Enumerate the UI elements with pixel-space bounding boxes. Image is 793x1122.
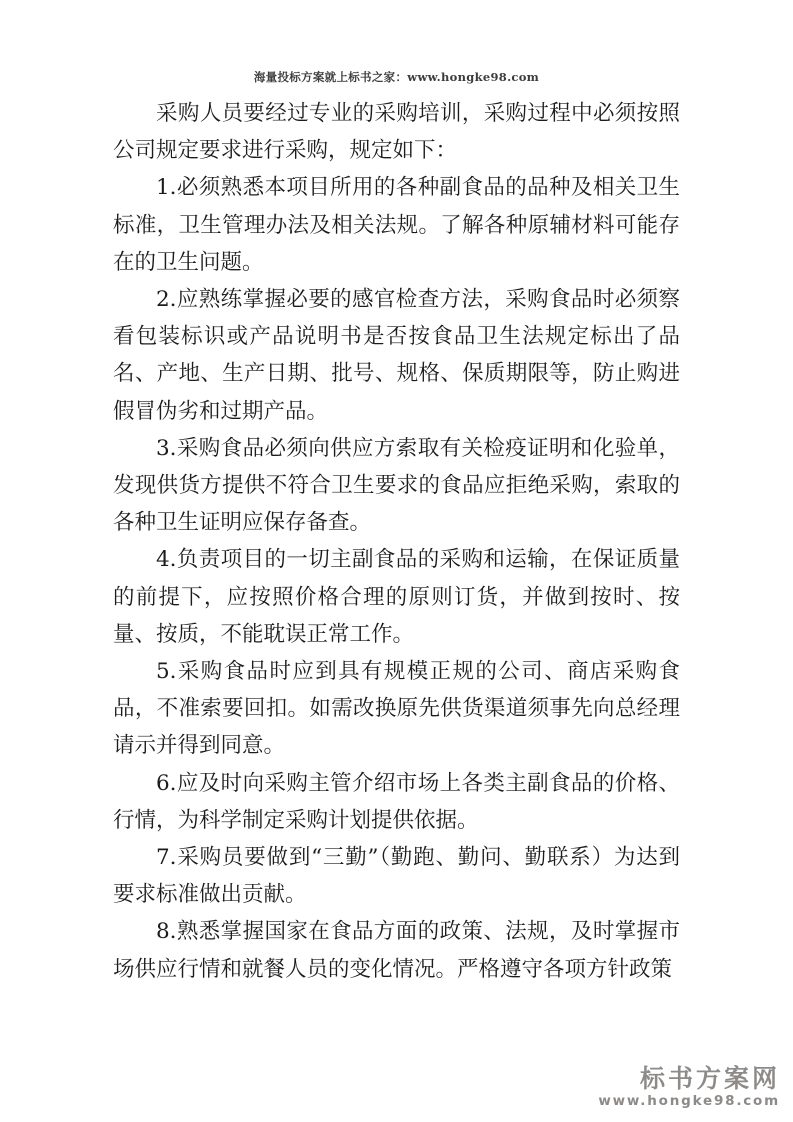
intro-paragraph: 采购人员要经过专业的采购培训，采购过程中必须按照公司规定要求进行采购，规定如下： (113, 95, 680, 169)
rule-item-3: 3.采购食品必须向供应方索取有关检疫证明和化验单，发现供货方提供不符合卫生要求的… (113, 430, 680, 542)
rule-item-5: 5.采购食品时应到具有规模正规的公司、商店采购食品，不准索要回扣。如需改换原先供… (113, 653, 680, 765)
rule-item-1: 1.必须熟悉本项目所用的各种副食品的品种及相关卫生标准，卫生管理办法及相关法规。… (113, 169, 680, 281)
document-page: 海量投标方案就上标书之家：www.hongke98.com 采购人员要经过专业的… (0, 0, 793, 1122)
rule-item-8: 8.熟悉掌握国家在食品方面的政策、法规，及时掌握市场供应行情和就餐人员的变化情况… (113, 913, 680, 987)
watermark-site-name: 标书方案网 (598, 1065, 780, 1093)
rule-item-7: 7.采购员要做到“三勤”（勤跑、勤问、勤联系）为达到要求标准做出贡献。 (113, 839, 680, 913)
document-body: 采购人员要经过专业的采购培训，采购过程中必须按照公司规定要求进行采购，规定如下：… (113, 95, 680, 988)
rule-item-6: 6.应及时向采购主管介绍市场上各类主副食品的价格、行情，为科学制定采购计划提供依… (113, 765, 680, 839)
watermark-site-url: www.hongke98.com (598, 1094, 780, 1109)
page-header-text: 海量投标方案就上标书之家：www.hongke98.com (0, 69, 793, 85)
rule-item-4: 4.负责项目的一切主副食品的采购和运输，在保证质量的前提下，应按照价格合理的原则… (113, 541, 680, 653)
rule-item-2: 2.应熟练掌握必要的感官检查方法，采购食品时必须察看包装标识或产品说明书是否按食… (113, 281, 680, 430)
site-watermark: 标书方案网 www.hongke98.com (598, 1065, 780, 1109)
